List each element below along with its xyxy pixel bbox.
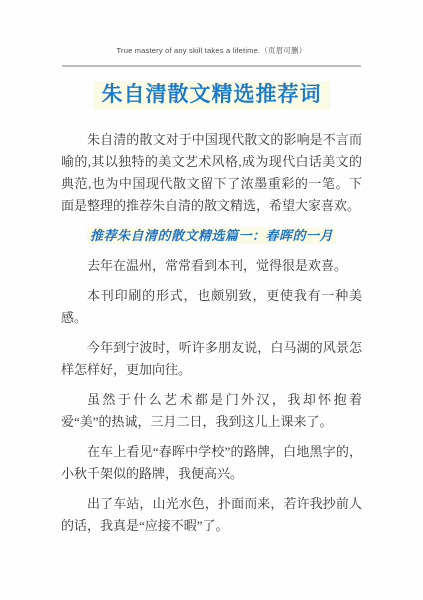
- page-header-text: True mastery of any skill takes a lifeti…: [0, 0, 423, 56]
- section-heading: 推荐朱自清的散文精选篇一：春晖的一月: [87, 227, 336, 244]
- body-paragraph: 出了车站，山光水色，扑面而来，若许我抄前人的话，我真是“应接不暇”了。: [61, 493, 362, 537]
- document-body: 朱自清的散文对于中国现代散文的影响是不言而喻的,其以独特的美文艺术风格,成为现代…: [61, 129, 362, 537]
- document-page: True mastery of any skill takes a lifeti…: [0, 0, 423, 600]
- document-title-row: 朱自清散文精选推荐词: [0, 81, 423, 109]
- intro-paragraph: 朱自清的散文对于中国现代散文的影响是不言而喻的,其以独特的美文艺术风格,成为现代…: [61, 129, 362, 217]
- body-paragraph: 在车上看见“春晖中学校”的路牌，白地黑字的，小秋千架似的路牌，我便高兴。: [61, 441, 362, 485]
- body-paragraph: 去年在温州，常常看到本刊，觉得很是欢喜。: [61, 255, 362, 277]
- section-heading-row: 推荐朱自清的散文精选篇一：春晖的一月: [61, 225, 362, 247]
- body-paragraph: 虽然于什么艺术都是门外汉，我却怀抱着爱“美”的热诚，三月二日，我到这儿上课来了。: [61, 389, 362, 433]
- body-paragraph: 本刊印刷的形式，也颇别致，更使我有一种美感。: [61, 285, 362, 329]
- body-paragraph: 今年到宁波时，听许多朋友说，白马湖的风景怎样怎样好，更加向往。: [61, 337, 362, 381]
- header-divider: [62, 65, 361, 67]
- document-title: 朱自清散文精选推荐词: [94, 81, 330, 109]
